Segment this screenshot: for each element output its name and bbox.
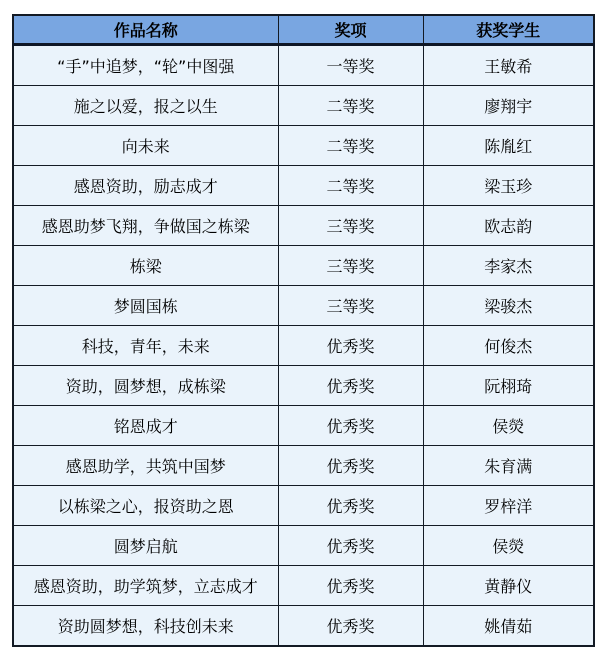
- award-cell: 一等奖: [278, 45, 423, 86]
- student-cell: 何俊杰: [423, 326, 594, 366]
- awards-table: 作品名称 奖项 获奖学生 “手”中追梦，“轮”中图强 一等奖 王敏希 施之以爱，…: [12, 14, 595, 647]
- table-row: 铭恩成才 优秀奖 侯熒: [13, 406, 594, 446]
- student-cell: 侯熒: [423, 526, 594, 566]
- work-cell: 感恩资助，助学筑梦，立志成才: [13, 566, 278, 606]
- work-cell: 向未来: [13, 126, 278, 166]
- award-cell: 三等奖: [278, 246, 423, 286]
- award-cell: 优秀奖: [278, 406, 423, 446]
- table-row: 感恩助梦飞翔，争做国之栋梁 三等奖 欧志韵: [13, 206, 594, 246]
- table-row: “手”中追梦，“轮”中图强 一等奖 王敏希: [13, 45, 594, 86]
- work-cell: 感恩资助，励志成才: [13, 166, 278, 206]
- award-cell: 优秀奖: [278, 446, 423, 486]
- award-cell: 优秀奖: [278, 526, 423, 566]
- work-cell: 科技，青年，未来: [13, 326, 278, 366]
- award-cell: 优秀奖: [278, 326, 423, 366]
- award-cell: 优秀奖: [278, 366, 423, 406]
- student-cell: 阮栩琦: [423, 366, 594, 406]
- student-cell: 罗梓洋: [423, 486, 594, 526]
- student-cell: 梁骏杰: [423, 286, 594, 326]
- table-row: 圆梦启航 优秀奖 侯熒: [13, 526, 594, 566]
- award-cell: 二等奖: [278, 166, 423, 206]
- student-cell: 梁玉珍: [423, 166, 594, 206]
- header-row: 作品名称 奖项 获奖学生: [13, 15, 594, 45]
- award-cell: 优秀奖: [278, 606, 423, 647]
- table-row: 感恩资助，助学筑梦，立志成才 优秀奖 黄静仪: [13, 566, 594, 606]
- work-cell: 圆梦启航: [13, 526, 278, 566]
- table-row: 科技，青年，未来 优秀奖 何俊杰: [13, 326, 594, 366]
- award-cell: 优秀奖: [278, 486, 423, 526]
- award-cell: 三等奖: [278, 206, 423, 246]
- work-cell: “手”中追梦，“轮”中图强: [13, 45, 278, 86]
- work-cell: 资助圆梦想，科技创未来: [13, 606, 278, 647]
- award-cell: 二等奖: [278, 126, 423, 166]
- award-cell: 二等奖: [278, 86, 423, 126]
- column-header-work: 作品名称: [13, 15, 278, 45]
- work-cell: 栋梁: [13, 246, 278, 286]
- table-row: 栋梁 三等奖 李家杰: [13, 246, 594, 286]
- table-row: 以栋梁之心，报资助之恩 优秀奖 罗梓洋: [13, 486, 594, 526]
- table-header: 作品名称 奖项 获奖学生: [13, 15, 594, 45]
- student-cell: 王敏希: [423, 45, 594, 86]
- table-row: 向未来 二等奖 陈胤红: [13, 126, 594, 166]
- table-row: 梦圆国栋 三等奖 梁骏杰: [13, 286, 594, 326]
- student-cell: 侯熒: [423, 406, 594, 446]
- table-row: 资助圆梦想，科技创未来 优秀奖 姚倩茹: [13, 606, 594, 647]
- work-cell: 以栋梁之心，报资助之恩: [13, 486, 278, 526]
- work-cell: 铭恩成才: [13, 406, 278, 446]
- student-cell: 陈胤红: [423, 126, 594, 166]
- student-cell: 欧志韵: [423, 206, 594, 246]
- student-cell: 黄静仪: [423, 566, 594, 606]
- student-cell: 廖翔宇: [423, 86, 594, 126]
- work-cell: 施之以爱，报之以生: [13, 86, 278, 126]
- table-row: 施之以爱，报之以生 二等奖 廖翔宇: [13, 86, 594, 126]
- column-header-student: 获奖学生: [423, 15, 594, 45]
- award-cell: 三等奖: [278, 286, 423, 326]
- table-row: 资助，圆梦想，成栋梁 优秀奖 阮栩琦: [13, 366, 594, 406]
- student-cell: 朱育满: [423, 446, 594, 486]
- page: 作品名称 奖项 获奖学生 “手”中追梦，“轮”中图强 一等奖 王敏希 施之以爱，…: [0, 0, 606, 661]
- work-cell: 感恩助梦飞翔，争做国之栋梁: [13, 206, 278, 246]
- student-cell: 姚倩茹: [423, 606, 594, 647]
- award-cell: 优秀奖: [278, 566, 423, 606]
- student-cell: 李家杰: [423, 246, 594, 286]
- work-cell: 资助，圆梦想，成栋梁: [13, 366, 278, 406]
- work-cell: 感恩助学，共筑中国梦: [13, 446, 278, 486]
- table-row: 感恩助学，共筑中国梦 优秀奖 朱育满: [13, 446, 594, 486]
- column-header-award: 奖项: [278, 15, 423, 45]
- table-body: “手”中追梦，“轮”中图强 一等奖 王敏希 施之以爱，报之以生 二等奖 廖翔宇 …: [13, 45, 594, 647]
- work-cell: 梦圆国栋: [13, 286, 278, 326]
- table-row: 感恩资助，励志成才 二等奖 梁玉珍: [13, 166, 594, 206]
